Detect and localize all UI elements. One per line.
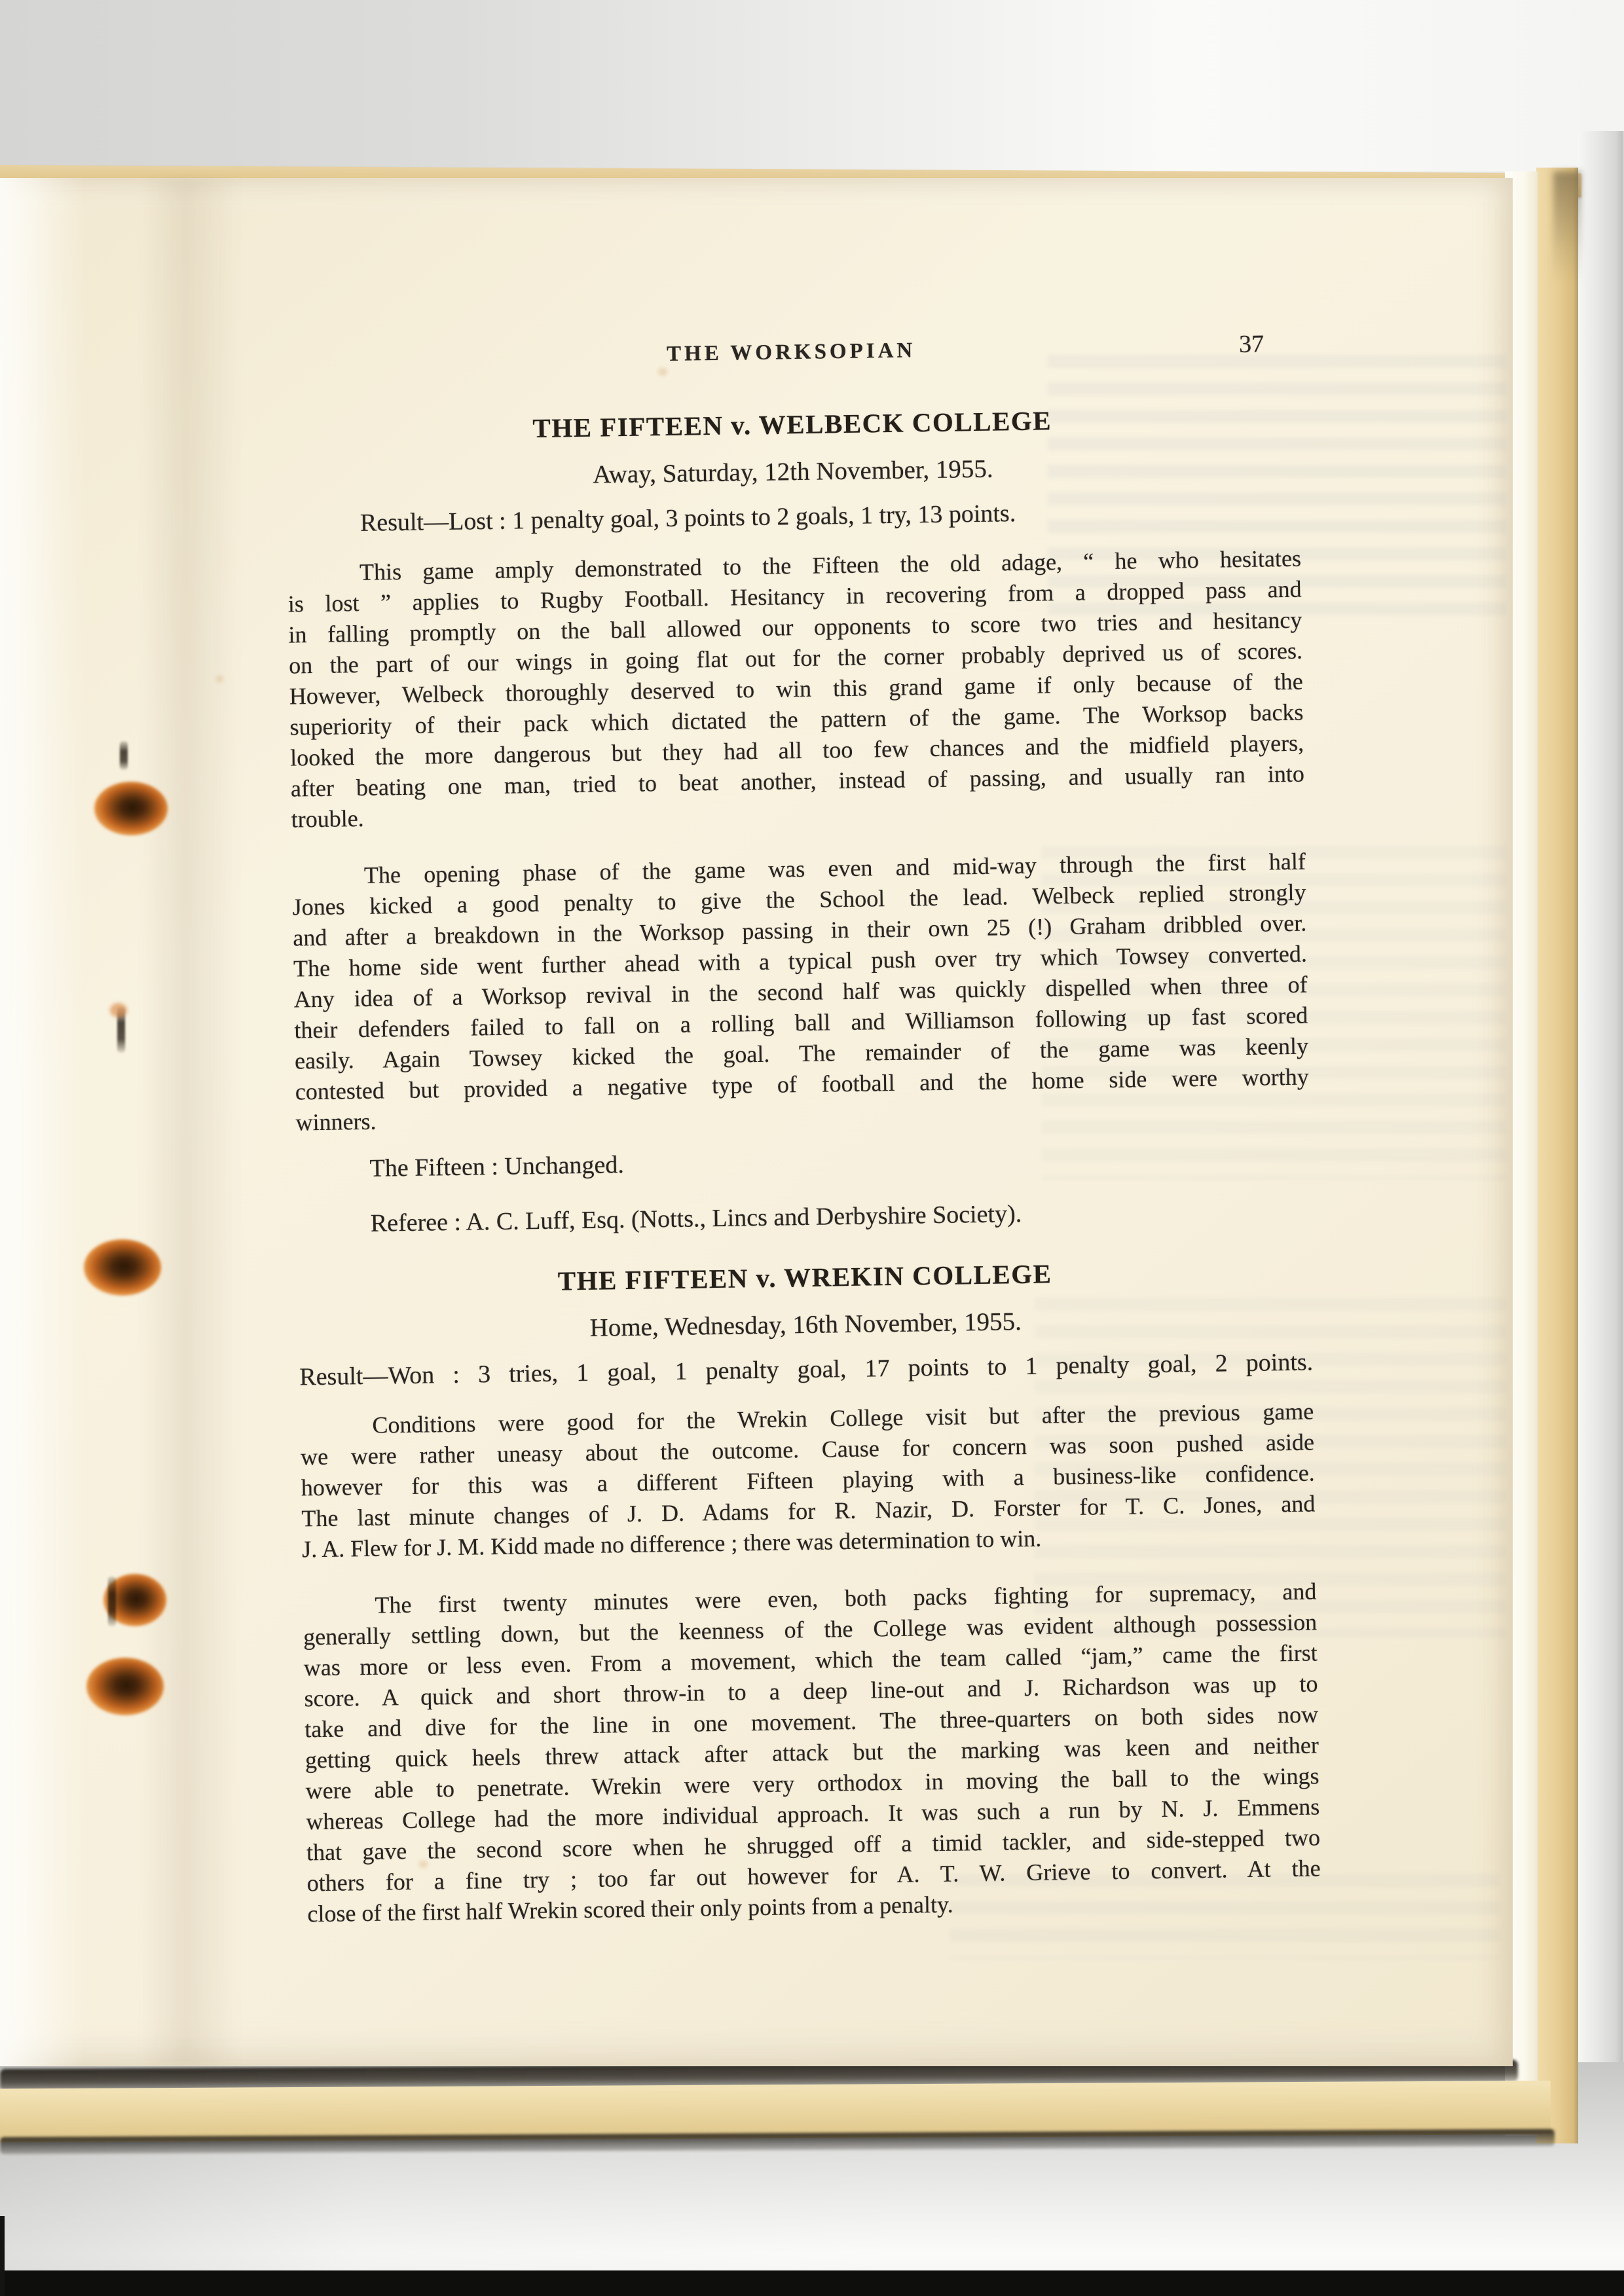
match-report-wrekin: THE FIFTEEN v. WREKIN COLLEGE Home, Wedn… (298, 1254, 1321, 1929)
scanned-book-page: THE WORKSOPIAN 37 THE FIFTEEN v. WELBECK… (0, 0, 1624, 2296)
scanner-background-right (1577, 131, 1624, 2128)
paragraph: The first twenty minutes were even, both… (303, 1576, 1321, 1929)
cover-corner-smudge (1553, 172, 1581, 283)
team-line: The Fifteen : Unchanged. (296, 1140, 1310, 1184)
scanner-background-top (0, 0, 1624, 172)
rust-streak (110, 1003, 127, 1017)
page-left-flare (0, 178, 85, 2066)
scan-edge-black-sliver (0, 2216, 5, 2296)
match-date-line: Away, Saturday, 12th November, 1955. (286, 450, 1300, 494)
rust-stain (94, 782, 168, 835)
match-title: THE FIFTEEN v. WREKIN COLLEGE (298, 1254, 1312, 1300)
match-result-line: Result—Won : 3 tries, 1 goal, 1 penalty … (299, 1347, 1313, 1391)
paragraph: Conditions were good for the Wrekin Coll… (300, 1396, 1316, 1565)
paragraph: The opening phase of the game was even a… (292, 847, 1310, 1139)
paragraph: This game amply demonstrated to the Fift… (287, 543, 1305, 835)
book-cover-right-edge (1536, 168, 1578, 2143)
match-date-line: Home, Wednesday, 16th November, 1955. (299, 1302, 1312, 1347)
rust-stain (84, 1239, 161, 1296)
rust-stain (86, 1658, 164, 1715)
match-result-line: Result—Lost : 1 penalty goal, 3 points t… (287, 495, 1301, 539)
match-title: THE FIFTEEN v. WELBECK COLLEGE (286, 401, 1300, 448)
page-content: THE WORKSOPIAN 37 THE FIFTEEN v. WELBECK… (284, 333, 1321, 1947)
rust-streak (108, 1576, 116, 1626)
scan-edge-black-strip (0, 2270, 1624, 2296)
page-number: 37 (1239, 329, 1264, 359)
gutter-shadow (141, 178, 239, 2066)
match-report-welbeck: THE FIFTEEN v. WELBECK COLLEGE Away, Sat… (286, 401, 1311, 1239)
referee-line: Referee : A. C. Luff, Esq. (Notts., Linc… (297, 1195, 1311, 1239)
rust-streak (120, 741, 128, 770)
fox-spot (216, 676, 223, 682)
